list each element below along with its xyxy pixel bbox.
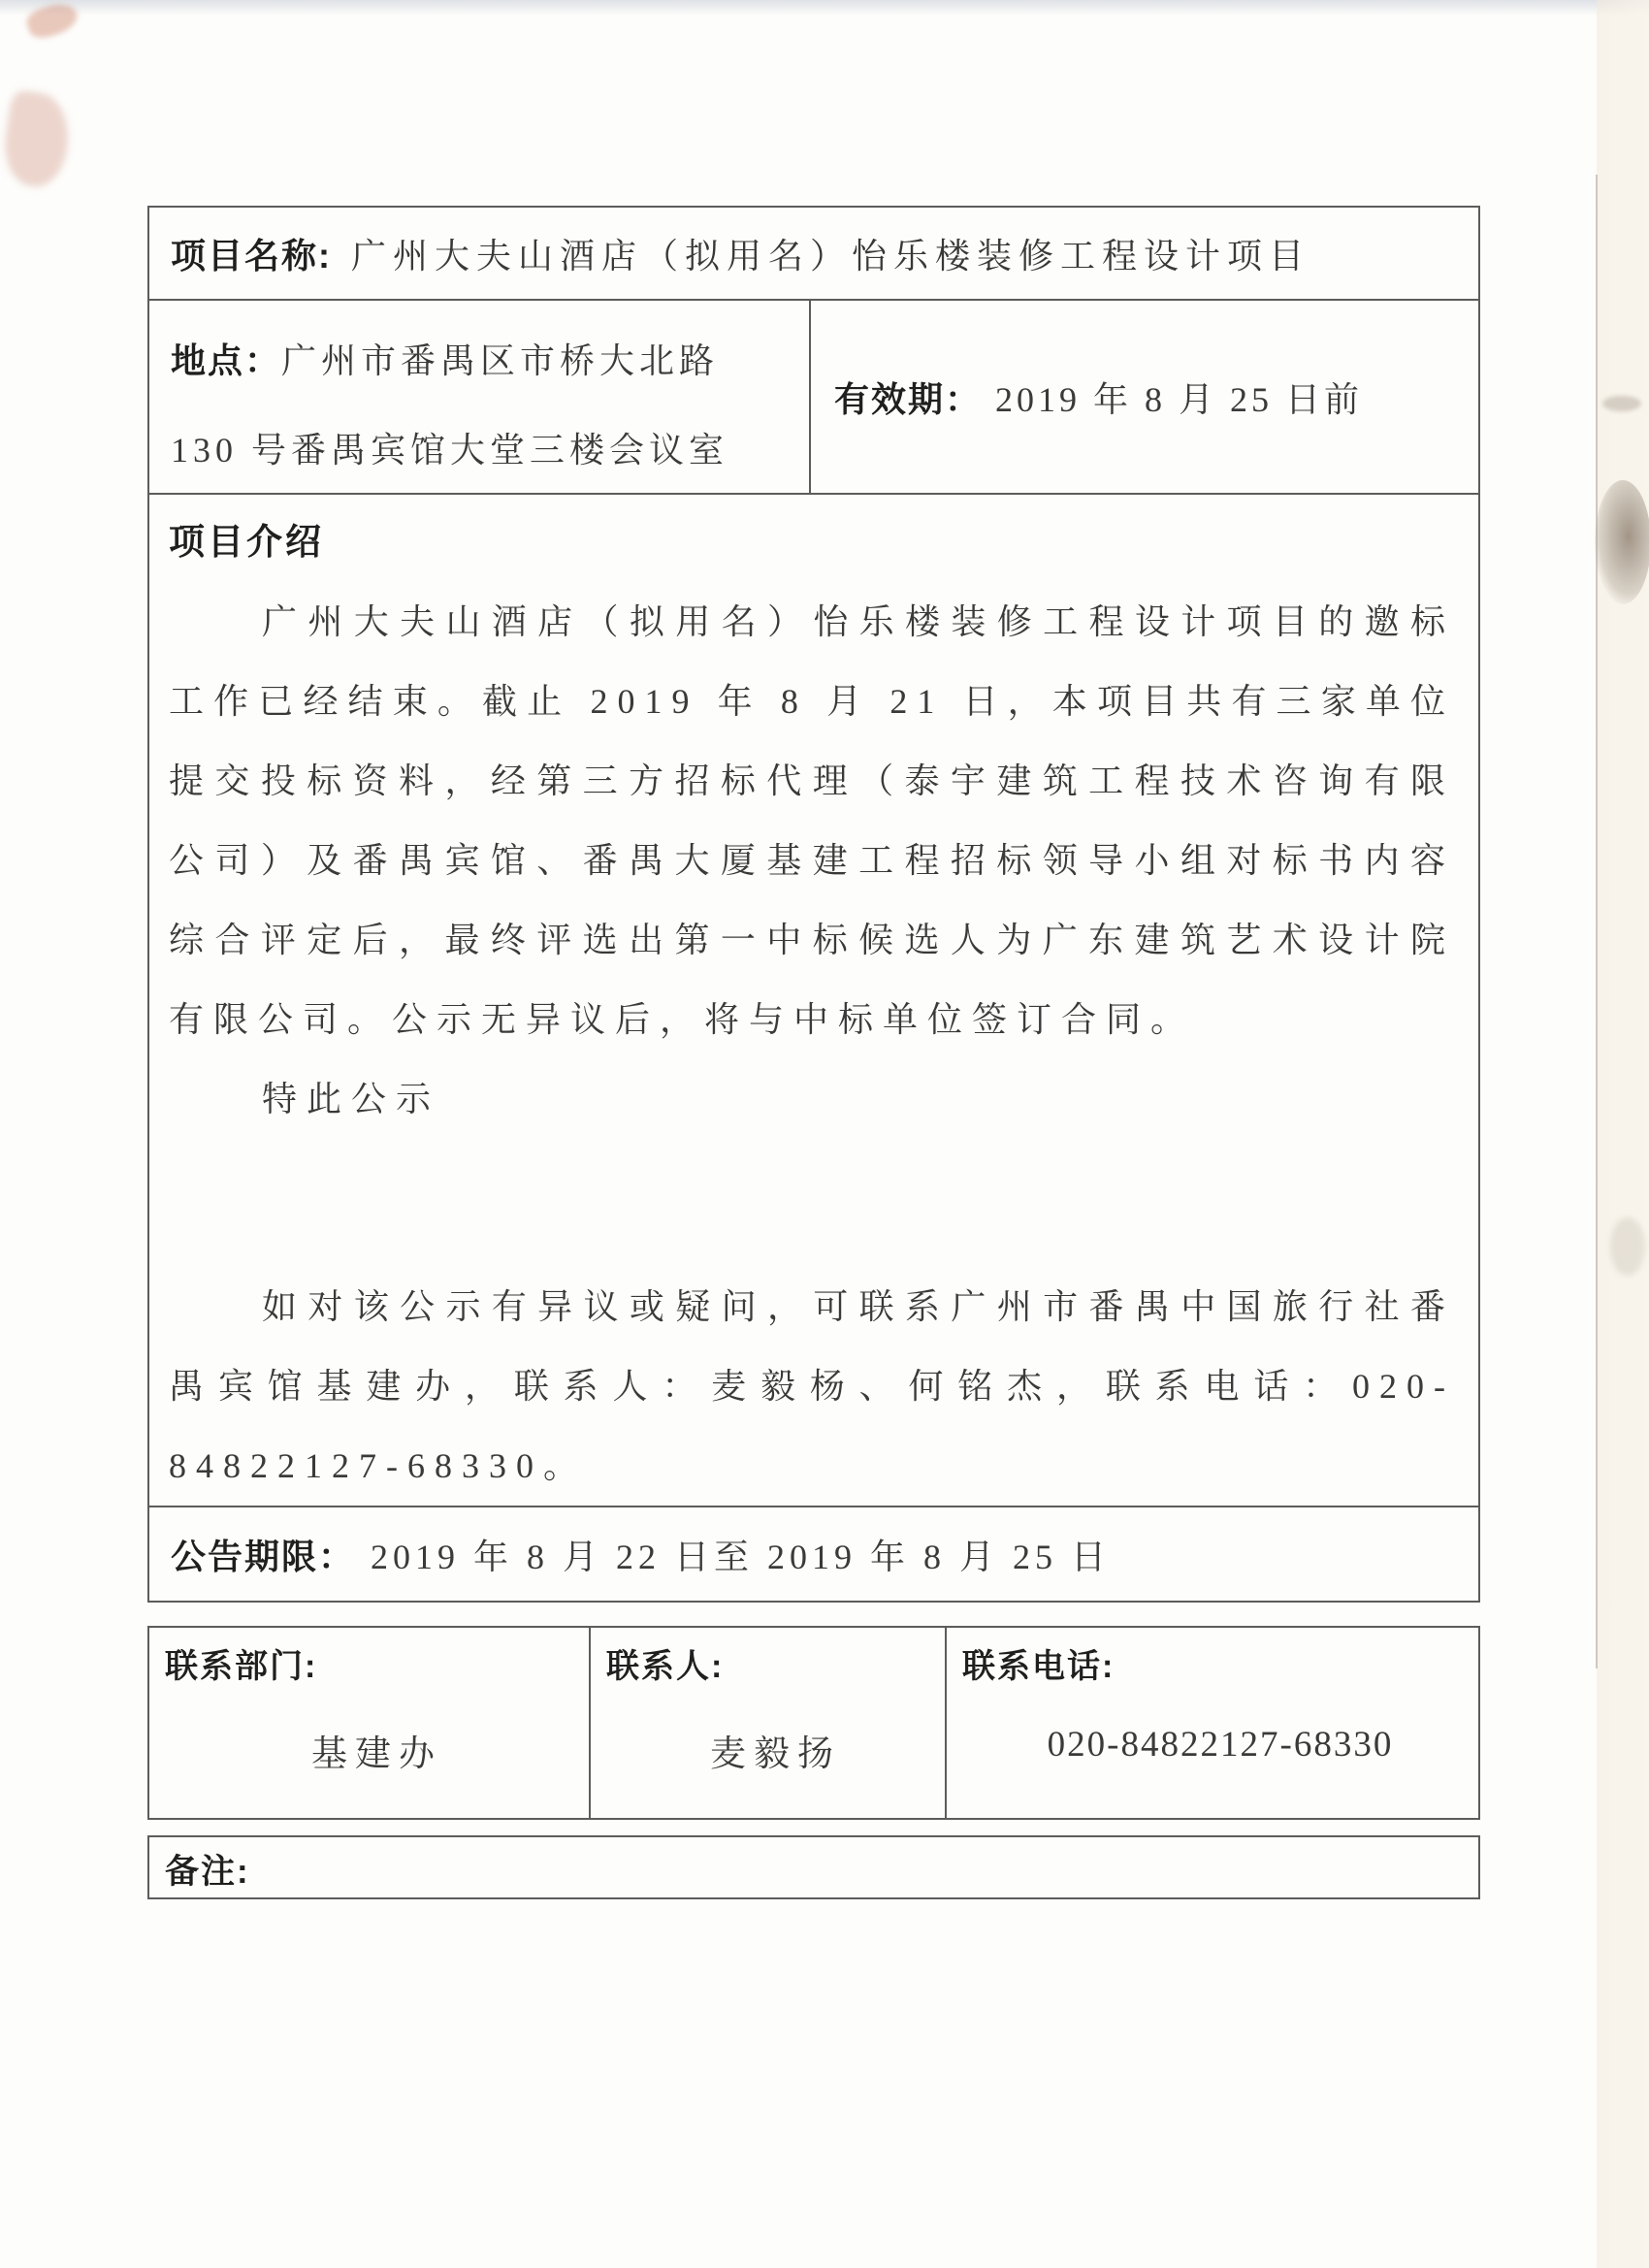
- scan-shadow-blob: [1610, 1217, 1645, 1276]
- intro-notice-line: 特此公示: [169, 1059, 1455, 1139]
- intro-paragraph-2: 如对该公示有异议或疑问，可联系广州市番禺中国旅行社番禺宾馆基建办，联系人：麦毅杨…: [169, 1267, 1455, 1506]
- announcement-period-row: 公告期限： 2019 年 8 月 22 日至 2019 年 8 月 25 日: [149, 1507, 1478, 1601]
- validity-value: 2019 年 8 月 25 日前: [995, 373, 1363, 422]
- validity-cell: 有效期： 2019 年 8 月 25 日前: [811, 301, 1478, 493]
- contact-department-label: 联系部门:: [165, 1648, 317, 1685]
- intro-paragraph-1: 广州大夫山酒店（拟用名）怡乐楼装修工程设计项目的邀标工作已经结束。截止 2019…: [169, 582, 1455, 1059]
- project-intro-row: 项目介绍 广州大夫山酒店（拟用名）怡乐楼装修工程设计项目的邀标工作已经结束。截止…: [149, 495, 1478, 1507]
- project-name-row: 项目名称: 广州大夫山酒店（拟用名）怡乐楼装修工程设计项目: [149, 208, 1478, 301]
- table-gap: [147, 1603, 1480, 1626]
- remarks-table: 备注:: [147, 1835, 1480, 1899]
- scan-page-edge: [1597, 0, 1649, 2268]
- main-table: 项目名称: 广州大夫山酒店（拟用名）怡乐楼装修工程设计项目 地点：广州市番禺区市…: [147, 206, 1480, 1603]
- project-name-value: 广州大夫山酒店（拟用名）怡乐楼装修工程设计项目: [351, 229, 1310, 278]
- location-label: 地点：: [171, 340, 281, 380]
- validity-label: 有效期：: [834, 373, 982, 422]
- contact-person-cell: 联系人: 麦毅扬: [591, 1628, 947, 1818]
- contact-phone-value: 020-84822127-68330: [962, 1724, 1478, 1766]
- contact-department-value: 基建办: [165, 1724, 589, 1776]
- table-gap: [147, 1820, 1480, 1835]
- announcement-period-label: 公告期限：: [171, 1530, 355, 1579]
- contact-person-label: 联系人:: [606, 1648, 724, 1685]
- location-validity-row: 地点：广州市番禺区市桥大北路 130 号番禺宾馆大堂三楼会议室 有效期： 201…: [149, 301, 1478, 495]
- project-name-label: 项目名称:: [171, 229, 332, 278]
- contacts-table: 联系部门: 基建办 联系人: 麦毅扬 联系电话: 020-84822127-68…: [147, 1626, 1480, 1820]
- scanned-document-page: 、 项目名称: 广州大夫山酒店（拟用名）怡乐楼装修工程设计项目 地点：广州市番禺…: [0, 0, 1649, 2268]
- scan-shadow-blob: [1602, 396, 1641, 411]
- contact-phone-label: 联系电话:: [962, 1648, 1115, 1685]
- location-cell: 地点：广州市番禺区市桥大北路 130 号番禺宾馆大堂三楼会议室: [149, 301, 811, 493]
- scan-top-shadow: [0, 0, 1649, 16]
- contact-person-value: 麦毅扬: [606, 1724, 945, 1776]
- announcement-period-value: 2019 年 8 月 22 日至 2019 年 8 月 25 日: [371, 1530, 1111, 1579]
- intro-blank-space: [169, 1139, 1455, 1267]
- scan-fold-line: [1596, 175, 1598, 1669]
- remarks-label: 备注:: [165, 1853, 250, 1891]
- project-intro-heading: 项目介绍: [169, 512, 1455, 565]
- scan-shadow-blob: [1595, 480, 1649, 604]
- tender-announcement-document: 项目名称: 广州大夫山酒店（拟用名）怡乐楼装修工程设计项目 地点：广州市番禺区市…: [147, 206, 1480, 1899]
- scan-red-mark: [0, 89, 74, 190]
- contact-phone-cell: 联系电话: 020-84822127-68330: [947, 1628, 1478, 1818]
- contact-department-cell: 联系部门: 基建办: [149, 1628, 591, 1818]
